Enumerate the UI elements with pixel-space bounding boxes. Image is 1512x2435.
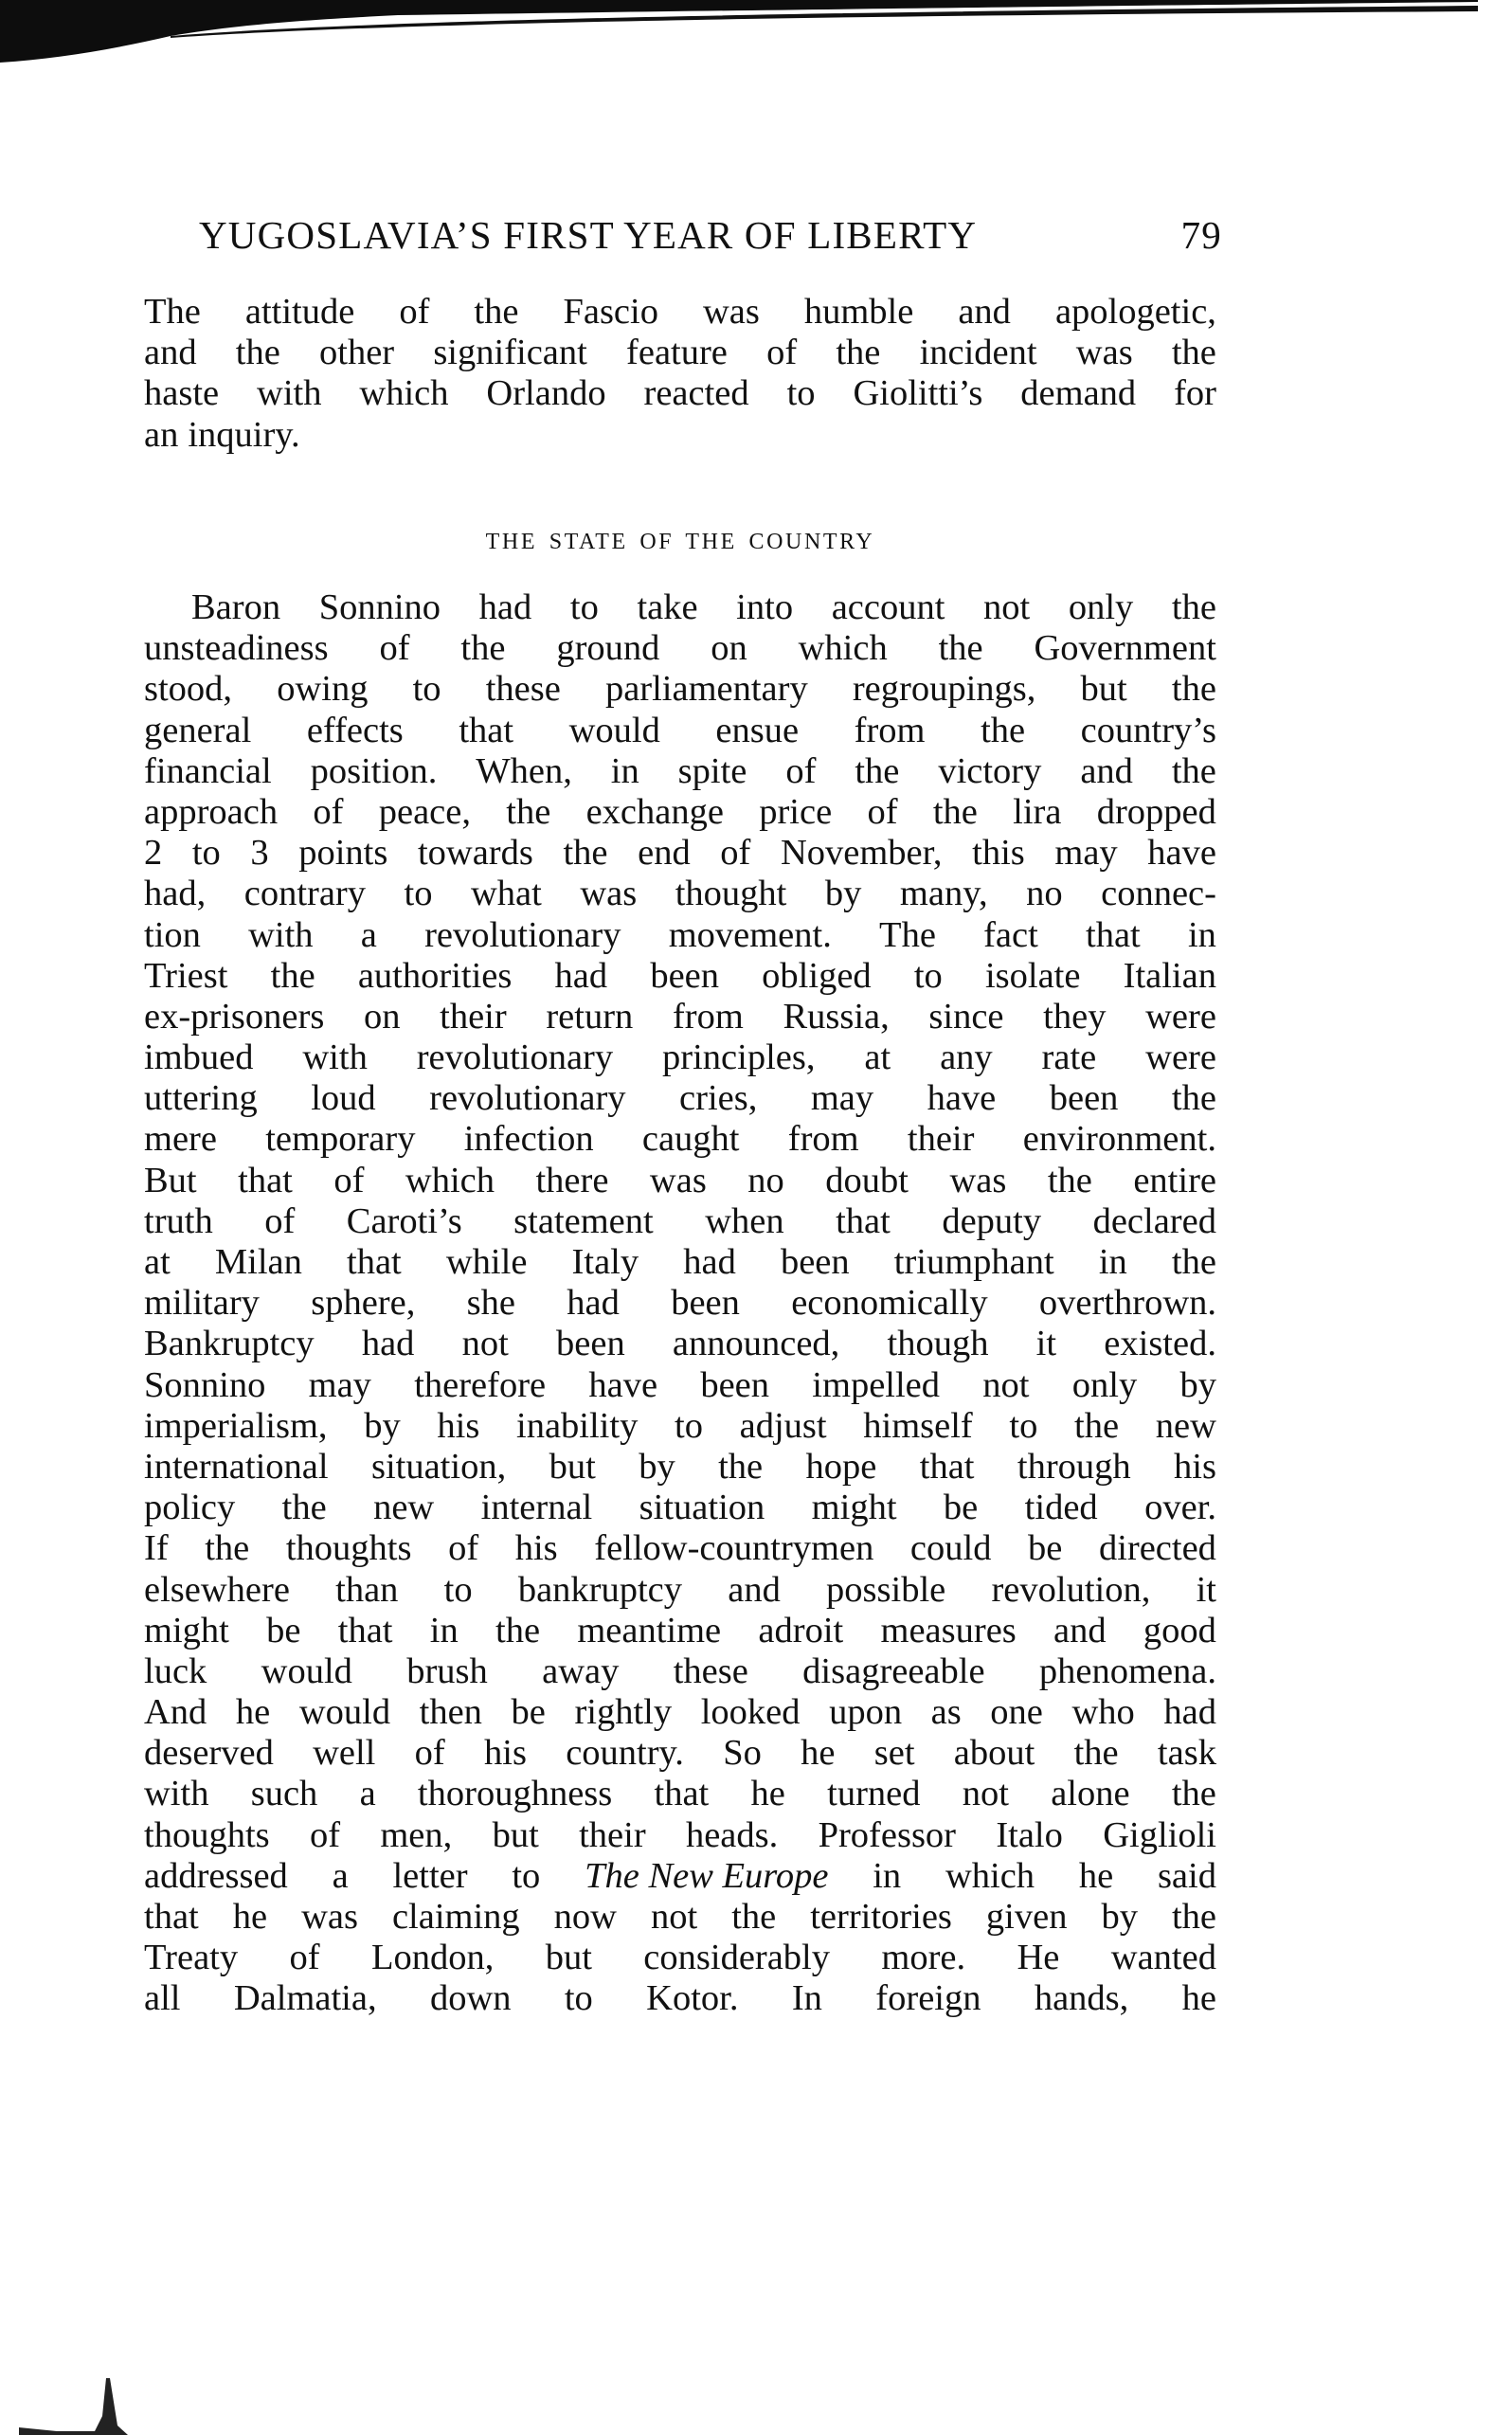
word: of bbox=[867, 792, 897, 833]
word: The bbox=[879, 915, 936, 956]
word: new bbox=[1156, 1406, 1216, 1447]
word: the bbox=[1172, 751, 1216, 792]
word: what bbox=[471, 874, 542, 914]
word: In bbox=[792, 1978, 822, 2019]
word: of bbox=[448, 1528, 478, 1569]
text-line: financialposition.When,inspiteofthevicto… bbox=[144, 751, 1216, 792]
word: was bbox=[301, 1897, 358, 1938]
word: said bbox=[1158, 1856, 1216, 1897]
text-line: tionwitharevolutionarymovement.Thefactth… bbox=[144, 915, 1216, 956]
word: alone bbox=[1051, 1774, 1129, 1814]
word: that bbox=[144, 1897, 199, 1938]
word: revolution, bbox=[991, 1570, 1150, 1611]
word: to bbox=[405, 874, 433, 914]
word: London, bbox=[371, 1938, 494, 1978]
word: one bbox=[990, 1692, 1043, 1733]
word: at bbox=[864, 1037, 891, 1078]
word: their bbox=[908, 1119, 975, 1160]
word: well bbox=[313, 1733, 375, 1774]
word: situation, bbox=[371, 1447, 506, 1488]
word: and bbox=[958, 292, 1011, 333]
word: of bbox=[785, 751, 816, 792]
word: a bbox=[360, 1774, 376, 1814]
word: overthrown. bbox=[1039, 1283, 1216, 1324]
text-line: militarysphere,shehadbeeneconomicallyove… bbox=[144, 1283, 1216, 1324]
word: that bbox=[836, 1201, 891, 1242]
word: had bbox=[479, 587, 532, 628]
word: may bbox=[309, 1365, 371, 1406]
word: would bbox=[569, 711, 660, 751]
text-line: Bankruptcyhadnotbeenannounced,thoughitex… bbox=[144, 1324, 1216, 1364]
word: effects bbox=[307, 711, 404, 751]
word: these bbox=[486, 669, 561, 710]
word: Triest bbox=[144, 956, 227, 997]
word: from bbox=[788, 1119, 859, 1160]
word: about bbox=[954, 1733, 1035, 1774]
word: unsteadiness bbox=[144, 628, 329, 669]
word: of bbox=[264, 1201, 295, 1242]
word: been bbox=[671, 1283, 740, 1324]
text-line: truthofCaroti’sstatementwhenthatdeputyde… bbox=[144, 1201, 1216, 1242]
word: been bbox=[781, 1242, 850, 1283]
word: international bbox=[144, 1447, 329, 1488]
word: the bbox=[1172, 1774, 1216, 1814]
word: that bbox=[338, 1611, 393, 1651]
word: not bbox=[963, 1774, 1009, 1814]
word: his bbox=[484, 1733, 527, 1774]
text-line: imbuedwithrevolutionaryprinciples,atanyr… bbox=[144, 1037, 1216, 1078]
word: with bbox=[302, 1037, 367, 1078]
word: when bbox=[705, 1201, 783, 1242]
word: men, bbox=[380, 1815, 452, 1856]
word: adroit bbox=[758, 1611, 843, 1651]
word: Sonnino bbox=[144, 1365, 265, 1406]
word: were bbox=[1145, 1037, 1216, 1078]
word: he bbox=[233, 1897, 267, 1938]
word: who bbox=[1071, 1692, 1134, 1733]
word: to bbox=[787, 373, 816, 414]
text-line: thathewasclaimingnownottheterritoriesgiv… bbox=[144, 1897, 1216, 1938]
word: truth bbox=[144, 1201, 213, 1242]
word: all bbox=[144, 1978, 180, 2019]
word: was bbox=[949, 1161, 1006, 1201]
word: owing bbox=[277, 669, 368, 710]
word: temporary bbox=[265, 1119, 415, 1160]
word: hands, bbox=[1035, 1978, 1128, 2019]
word: an bbox=[144, 415, 178, 456]
word: movement. bbox=[669, 915, 832, 956]
word: Kotor. bbox=[646, 1978, 738, 2019]
word: in bbox=[1099, 1242, 1127, 1283]
word: triumphant bbox=[894, 1242, 1054, 1283]
word: humble bbox=[804, 292, 913, 333]
word: doubt bbox=[825, 1161, 909, 1201]
word: foreign bbox=[875, 1978, 981, 2019]
word: Milan bbox=[215, 1242, 302, 1283]
word: rate bbox=[1042, 1037, 1097, 1078]
word: was bbox=[580, 874, 637, 914]
word: considerably bbox=[643, 1938, 830, 1978]
section-heading: THE STATE OF THE COUNTRY bbox=[144, 527, 1216, 557]
word: been bbox=[556, 1324, 625, 1364]
word: new bbox=[373, 1488, 434, 1528]
word: wanted bbox=[1111, 1938, 1216, 1978]
word: Treaty bbox=[144, 1938, 238, 1978]
text-line: thoughtsofmen,buttheirheads.ProfessorIta… bbox=[144, 1815, 1216, 1856]
word: it bbox=[1197, 1570, 1216, 1611]
text-line: policythenewinternalsituationmightbetide… bbox=[144, 1488, 1216, 1528]
word: uttering bbox=[144, 1078, 258, 1119]
word: But bbox=[144, 1161, 197, 1201]
word: as bbox=[931, 1692, 962, 1733]
word: addressed bbox=[144, 1856, 288, 1897]
word: the bbox=[1172, 333, 1216, 373]
word: would bbox=[299, 1692, 390, 1733]
word: not bbox=[462, 1324, 509, 1364]
word: good bbox=[1143, 1611, 1216, 1651]
word: return bbox=[546, 997, 633, 1037]
word: was bbox=[650, 1161, 707, 1201]
word: thought bbox=[675, 874, 787, 914]
word: they bbox=[1043, 997, 1106, 1037]
word: had bbox=[555, 956, 608, 997]
word: other bbox=[319, 333, 394, 373]
word: the bbox=[1172, 1897, 1216, 1938]
word: into bbox=[736, 587, 793, 628]
word: internal bbox=[481, 1488, 593, 1528]
word: but bbox=[546, 1938, 592, 1978]
word: the bbox=[836, 333, 880, 373]
word: ground bbox=[556, 628, 659, 669]
word: might bbox=[144, 1611, 229, 1651]
word: environment. bbox=[1023, 1119, 1216, 1160]
word: points bbox=[298, 833, 387, 874]
word: general bbox=[144, 711, 251, 751]
word: deserved bbox=[144, 1733, 274, 1774]
word: imbued bbox=[144, 1037, 253, 1078]
word: for bbox=[1174, 373, 1216, 414]
word: end bbox=[638, 833, 691, 874]
word: tided bbox=[1025, 1488, 1098, 1528]
text-line: Butthatofwhichtherewasnodoubtwastheentir… bbox=[144, 1161, 1216, 1201]
word: task bbox=[1158, 1733, 1216, 1774]
word: be bbox=[266, 1611, 300, 1651]
word: letter bbox=[392, 1856, 467, 1897]
word: he bbox=[801, 1733, 835, 1774]
word: stood, bbox=[144, 669, 232, 710]
word: had bbox=[362, 1324, 415, 1364]
word: of bbox=[313, 792, 343, 833]
intro-paragraph: TheattitudeoftheFasciowashumbleandapolog… bbox=[144, 292, 1216, 456]
word: down bbox=[430, 1978, 512, 2019]
word: revolutionary bbox=[429, 1078, 625, 1119]
word: through bbox=[1017, 1447, 1131, 1488]
word: the bbox=[495, 1611, 540, 1651]
word: a bbox=[333, 1856, 349, 1897]
word: been bbox=[650, 956, 719, 997]
word: he bbox=[751, 1774, 785, 1814]
word: caught bbox=[642, 1119, 740, 1160]
word: may bbox=[1054, 833, 1117, 874]
word: the bbox=[1172, 1242, 1216, 1283]
word: mere bbox=[144, 1119, 217, 1160]
running-header: YUGOSLAVIA’S FIRST YEAR OF LIBERTY 79 bbox=[199, 210, 1222, 260]
word: the bbox=[731, 1897, 776, 1938]
running-head-title: YUGOSLAVIA’S FIRST YEAR OF LIBERTY bbox=[199, 210, 977, 260]
word: at bbox=[144, 1242, 171, 1283]
word: 3 bbox=[250, 833, 268, 874]
word: was bbox=[1076, 333, 1133, 373]
word: loud bbox=[311, 1078, 375, 1119]
word: over. bbox=[1144, 1488, 1216, 1528]
word: from bbox=[855, 711, 926, 751]
word: ex-prisoners bbox=[144, 997, 324, 1037]
word: to bbox=[512, 1856, 540, 1897]
word: the bbox=[506, 792, 550, 833]
word: the bbox=[236, 333, 280, 373]
word: the bbox=[1048, 1161, 1092, 1201]
word: there bbox=[535, 1161, 608, 1201]
word: November, bbox=[781, 833, 943, 874]
scan-edge-shadow-top bbox=[0, 0, 1512, 66]
word: principles, bbox=[662, 1037, 815, 1078]
word: he bbox=[236, 1692, 270, 1733]
word: that bbox=[655, 1774, 710, 1814]
text-line: utteringloudrevolutionarycries,mayhavebe… bbox=[144, 1078, 1216, 1119]
word: lira bbox=[1013, 792, 1061, 833]
word: of bbox=[333, 1161, 364, 1201]
word: on bbox=[364, 997, 401, 1037]
word: announced, bbox=[673, 1324, 839, 1364]
page-number: 79 bbox=[1181, 210, 1222, 260]
text-line: allDalmatia,downtoKotor.Inforeignhands,h… bbox=[144, 1978, 1216, 2019]
word: brush bbox=[406, 1651, 488, 1692]
word: infection bbox=[464, 1119, 594, 1160]
word: may bbox=[811, 1078, 873, 1119]
word: therefore bbox=[414, 1365, 546, 1406]
word: but bbox=[1081, 669, 1127, 710]
word: tion bbox=[144, 915, 201, 956]
word: which bbox=[945, 1856, 1035, 1897]
word: the bbox=[460, 628, 505, 669]
word: he bbox=[1182, 1978, 1216, 2019]
word: imperialism, bbox=[144, 1406, 328, 1447]
word: Italo bbox=[996, 1815, 1063, 1856]
text-line: 2to3pointstowardstheendofNovember,thisma… bbox=[144, 833, 1216, 874]
text-line: mightbethatinthemeantimeadroitmeasuresan… bbox=[144, 1611, 1216, 1651]
word: towards bbox=[418, 833, 533, 874]
word: of bbox=[415, 1733, 445, 1774]
word: have bbox=[588, 1365, 657, 1406]
word: such bbox=[251, 1774, 318, 1814]
word: the bbox=[1172, 587, 1216, 628]
word: of bbox=[289, 1938, 319, 1978]
word: that bbox=[459, 711, 513, 751]
word: to bbox=[413, 669, 441, 710]
word: these bbox=[674, 1651, 748, 1692]
word: luck bbox=[144, 1651, 207, 1692]
word: Italy bbox=[572, 1242, 639, 1283]
word: of bbox=[379, 628, 409, 669]
word: take bbox=[637, 587, 697, 628]
word: their bbox=[440, 997, 507, 1037]
word: than bbox=[335, 1570, 398, 1611]
text-line: withsuchathoroughnessthatheturnednotalon… bbox=[144, 1774, 1216, 1814]
word: by bbox=[1179, 1365, 1216, 1406]
word: have bbox=[1147, 833, 1216, 874]
word: in bbox=[1188, 915, 1216, 956]
word: that bbox=[347, 1242, 402, 1283]
word: his bbox=[437, 1406, 479, 1447]
word: were bbox=[1145, 997, 1216, 1037]
word: directed bbox=[1099, 1528, 1216, 1569]
word: territories bbox=[810, 1897, 952, 1938]
word: of bbox=[310, 1815, 340, 1856]
word: be bbox=[512, 1692, 546, 1733]
word: was bbox=[703, 292, 760, 333]
word: and bbox=[1053, 1611, 1107, 1651]
word: had bbox=[1163, 1692, 1216, 1733]
word: that bbox=[920, 1447, 975, 1488]
word: the bbox=[1172, 669, 1216, 710]
word: policy bbox=[144, 1488, 235, 1528]
word: since bbox=[928, 997, 1003, 1037]
word: be bbox=[1028, 1528, 1062, 1569]
word: and bbox=[1080, 751, 1133, 792]
word: the bbox=[474, 292, 518, 333]
word: in bbox=[873, 1856, 901, 1897]
word: upon bbox=[829, 1692, 902, 1733]
text-line: meretemporaryinfectioncaughtfromtheirenv… bbox=[144, 1119, 1216, 1160]
word: spite bbox=[678, 751, 747, 792]
text-line: Andhewouldthenberightlylookeduponasonewh… bbox=[144, 1692, 1216, 1733]
word: but bbox=[493, 1815, 539, 1856]
word: could bbox=[910, 1528, 992, 1569]
word: set bbox=[874, 1733, 915, 1774]
word: away bbox=[542, 1651, 619, 1692]
word: the bbox=[933, 792, 978, 833]
word: impelled bbox=[812, 1365, 940, 1406]
word: economically bbox=[791, 1283, 987, 1324]
word: The bbox=[144, 292, 201, 333]
word: Orlando bbox=[486, 373, 605, 414]
word: to bbox=[914, 956, 943, 997]
word: ensue bbox=[715, 711, 799, 751]
word: inquiry. bbox=[188, 415, 299, 456]
word: Russia, bbox=[783, 997, 889, 1037]
word: Bankruptcy bbox=[144, 1324, 315, 1364]
word: sphere, bbox=[311, 1283, 415, 1324]
word: incident bbox=[920, 333, 1037, 373]
word: approach bbox=[144, 792, 278, 833]
word: only bbox=[1072, 1365, 1137, 1406]
word: his bbox=[515, 1528, 558, 1569]
text-line: TreatyofLondon,butconsiderablymore.Hewan… bbox=[144, 1938, 1216, 1978]
word: had bbox=[567, 1283, 620, 1324]
text-line: addressedalettertoThe New Europeinwhichh… bbox=[144, 1856, 1216, 1897]
word: by bbox=[639, 1447, 675, 1488]
word: the bbox=[718, 1447, 763, 1488]
word: connec- bbox=[1101, 874, 1216, 914]
word: bankruptcy bbox=[518, 1570, 682, 1611]
word: the bbox=[563, 833, 607, 874]
word: thoughts bbox=[286, 1528, 412, 1569]
word: to bbox=[1009, 1406, 1037, 1447]
word: revolutionary bbox=[424, 915, 621, 956]
text-line: andtheothersignificantfeatureoftheincide… bbox=[144, 333, 1216, 373]
text-line: Ifthethoughtsofhisfellow-countrymencould… bbox=[144, 1528, 1216, 1569]
word: been bbox=[1050, 1078, 1119, 1119]
word: many, bbox=[900, 874, 988, 914]
word: looked bbox=[701, 1692, 801, 1733]
word: to bbox=[444, 1570, 473, 1611]
word: might bbox=[812, 1488, 897, 1528]
word: not bbox=[982, 1365, 1029, 1406]
word: be bbox=[944, 1488, 978, 1528]
word: Giglioli bbox=[1103, 1815, 1216, 1856]
word: turned bbox=[827, 1774, 920, 1814]
word: while bbox=[446, 1242, 528, 1283]
word: inability bbox=[516, 1406, 638, 1447]
main-paragraph: BaronSonninohadtotakeintoaccountnotonlyt… bbox=[144, 587, 1216, 2020]
word: she bbox=[467, 1283, 515, 1324]
word: reacted bbox=[644, 373, 749, 414]
word: And bbox=[144, 1692, 207, 1733]
word: the bbox=[205, 1528, 249, 1569]
word: country. bbox=[566, 1733, 684, 1774]
text-line: Sonninomaythereforehavebeenimpellednoton… bbox=[144, 1365, 1216, 1406]
word: to bbox=[675, 1406, 703, 1447]
word: in bbox=[611, 751, 639, 792]
text-line: approachofpeace,theexchangepriceofthelir… bbox=[144, 792, 1216, 833]
word: his bbox=[1174, 1447, 1216, 1488]
word: the bbox=[282, 1488, 327, 1528]
word: would bbox=[261, 1651, 352, 1692]
word: adjust bbox=[740, 1406, 827, 1447]
text-line: aninquiry. bbox=[144, 415, 1216, 456]
text-line: imperialism,byhisinabilitytoadjusthimsel… bbox=[144, 1406, 1216, 1447]
word: on bbox=[711, 628, 747, 669]
word: no bbox=[747, 1161, 784, 1201]
word: revolutionary bbox=[417, 1037, 613, 1078]
word: peace, bbox=[379, 792, 471, 833]
word: not bbox=[651, 1897, 697, 1938]
word: entire bbox=[1133, 1161, 1216, 1201]
word: the bbox=[939, 628, 983, 669]
text-line: Triesttheauthoritieshadbeenobligedtoisol… bbox=[144, 956, 1216, 997]
word: have bbox=[927, 1078, 997, 1119]
word: thoughts bbox=[144, 1815, 270, 1856]
word: Giolitti’s bbox=[853, 373, 982, 414]
word: it bbox=[1036, 1324, 1056, 1364]
text-line: generaleffectsthatwouldensuefromthecount… bbox=[144, 711, 1216, 751]
word: He bbox=[1017, 1938, 1060, 1978]
word: the bbox=[1074, 1733, 1119, 1774]
word: regroupings, bbox=[853, 669, 1036, 710]
word: statement bbox=[513, 1201, 654, 1242]
word: that bbox=[1086, 915, 1141, 956]
word: had bbox=[683, 1242, 736, 1283]
word: to bbox=[570, 587, 599, 628]
word: demand bbox=[1020, 373, 1136, 414]
word: hope bbox=[806, 1447, 877, 1488]
word: of bbox=[766, 333, 797, 373]
word: with bbox=[144, 1774, 208, 1814]
word: any bbox=[940, 1037, 993, 1078]
word: their bbox=[579, 1815, 646, 1856]
word: thoroughness bbox=[418, 1774, 612, 1814]
word: meantime bbox=[577, 1611, 721, 1651]
